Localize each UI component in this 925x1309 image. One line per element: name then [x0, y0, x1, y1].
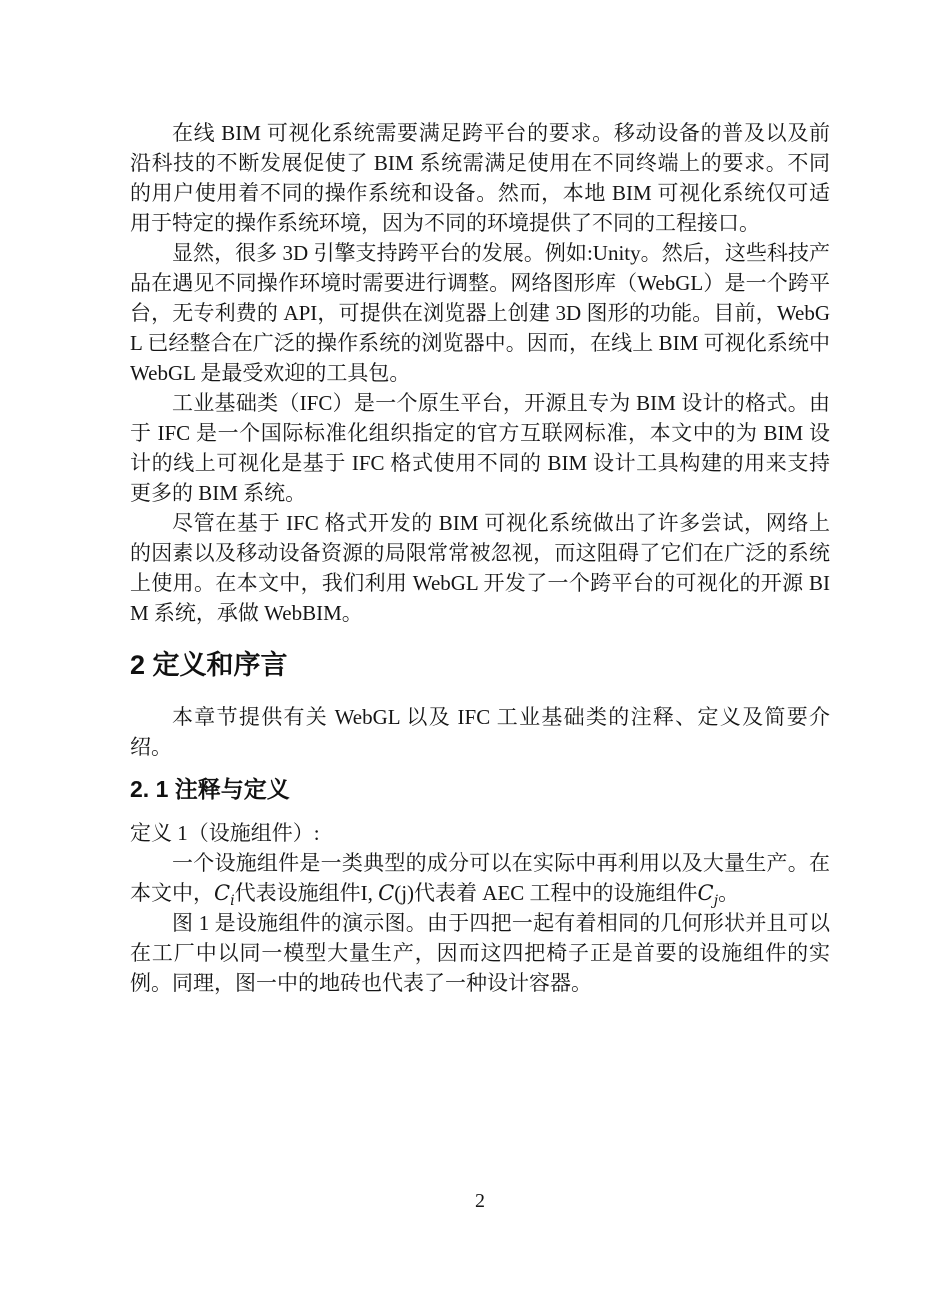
body-paragraph: 在线 BIM 可视化系统需要满足跨平台的要求。移动设备的普及以及前沿科技的不断发… — [130, 118, 830, 238]
figure-paragraph: 图 1 是设施组件的演示图。由于四把一起有着相同的几何形状并且可以在工厂中以同一… — [130, 908, 830, 998]
definition-paragraph: 一个设施组件是一类典型的成分可以在实际中再利用以及大量生产。在本文中，Ci代表设… — [130, 848, 830, 908]
body-paragraph: 尽管在基于 IFC 格式开发的 BIM 可视化系统做出了许多尝试，网络上的因素以… — [130, 508, 830, 628]
definition-label: 定义 1（设施组件）: — [130, 818, 830, 848]
document-content: 在线 BIM 可视化系统需要满足跨平台的要求。移动设备的普及以及前沿科技的不断发… — [130, 118, 830, 998]
subsection-heading: 2. 1 注释与定义 — [130, 774, 830, 804]
section-intro-paragraph: 本章节提供有关 WebGL 以及 IFC 工业基础类的注释、定义及简要介绍。 — [130, 702, 830, 762]
document-page: 在线 BIM 可视化系统需要满足跨平台的要求。移动设备的普及以及前沿科技的不断发… — [0, 0, 925, 1309]
section-heading: 2 定义和序言 — [130, 648, 830, 682]
body-paragraph: 显然，很多 3D 引擎支持跨平台的发展。例如:Unity。然后，这些科技产品在遇… — [130, 238, 830, 388]
body-paragraph: 工业基础类（IFC）是一个原生平台，开源且专为 BIM 设计的格式。由于 IFC… — [130, 388, 830, 508]
page-number: 2 — [130, 1188, 830, 1214]
